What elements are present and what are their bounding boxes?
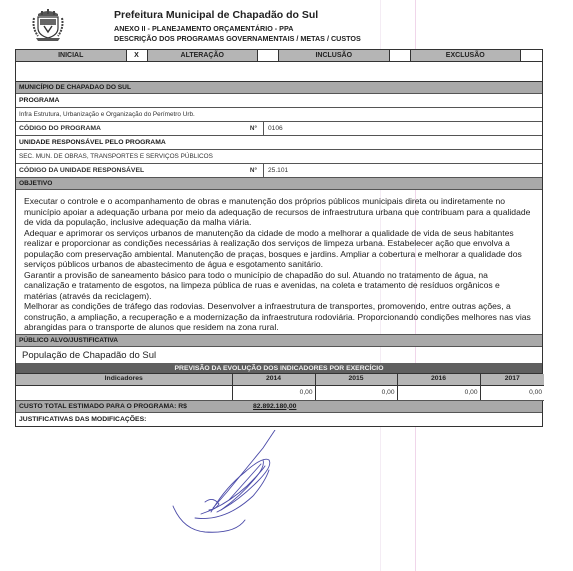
indicator-name-cell: [16, 385, 232, 400]
indicadores-header-row: Indicadores 2014 2015 2016 2017: [16, 374, 544, 385]
programa-heading: PROGRAMA: [16, 94, 542, 108]
col-header-2017: 2017: [480, 374, 544, 385]
handwritten-signature-icon: [165, 430, 305, 550]
publico-alvo-value: População de Chapadão do Sul: [16, 347, 542, 363]
header-subtitle-annex: ANEXO II - PLANEJAMENTO ORÇAMENTÁRIO - P…: [114, 24, 293, 33]
mode-exclusao-label: EXCLUSÃO: [411, 50, 521, 61]
table-row: 0,00 0,00 0,00 0,00: [16, 385, 544, 400]
mode-bar: INICIAL X ALTERAÇÃO INCLUSÃO EXCLUSÃO: [16, 50, 542, 62]
codigo-programa-n-label: N°: [216, 122, 264, 135]
codigo-programa-row: CÓDIGO DO PROGRAMA N° 0106: [16, 122, 542, 136]
custo-total-value: 82.892.180,00: [253, 401, 296, 412]
mode-inclusao-label: INCLUSÃO: [279, 50, 389, 61]
objetivo-paragraph: Melhorar as condições de tráfego das rod…: [24, 301, 532, 333]
mode-exclusao-checkbox[interactable]: [520, 50, 542, 61]
col-header-indicadores: Indicadores: [16, 374, 232, 385]
document-page: Prefeitura Municipal de Chapadão do Sul …: [0, 0, 573, 571]
blank-row: [16, 62, 542, 82]
unidade-value: SEC. MUN. DE OBRAS, TRANSPORTES E SERVIÇ…: [16, 150, 542, 164]
mode-inicial-checkbox[interactable]: X: [126, 50, 148, 61]
codigo-unidade-n-label: N°: [216, 164, 264, 177]
justificativas-label: JUSTIFICATIVAS DAS MODIFICAÇÕES:: [16, 413, 542, 426]
codigo-unidade-value: 25.101: [264, 164, 288, 177]
codigo-programa-label: CÓDIGO DO PROGRAMA: [16, 122, 216, 135]
municipal-crest-icon: [32, 8, 64, 42]
col-header-2014: 2014: [232, 374, 315, 385]
objetivo-paragraph: Adequar e aprimorar os serviços urbanos …: [24, 228, 532, 270]
codigo-programa-value: 0106: [264, 122, 283, 135]
programa-value: Infra Estrutura, Urbanização e Organizaç…: [16, 108, 542, 122]
codigo-unidade-label: CÓDIGO DA UNIDADE RESPONSÁVEL: [16, 164, 216, 177]
objetivo-text: Executar o controle e o acompanhamento d…: [16, 190, 542, 335]
mode-inicial-label: INICIAL: [16, 50, 126, 61]
mode-alteracao-label: ALTERAÇÃO: [148, 50, 258, 61]
value-cell-2014: 0,00: [232, 385, 315, 400]
custo-total-row: CUSTO TOTAL ESTIMADO PARA O PROGRAMA: R$…: [16, 401, 542, 413]
codigo-unidade-row: CÓDIGO DA UNIDADE RESPONSÁVEL N° 25.101: [16, 164, 542, 178]
unidade-heading: UNIDADE RESPONSÁVEL PELO PROGRAMA: [16, 136, 542, 150]
header-subtitle-description: DESCRIÇÃO DOS PROGRAMAS GOVERNAMENTAIS /…: [114, 34, 361, 43]
col-header-2015: 2015: [315, 374, 397, 385]
objetivo-heading: OBJETIVO: [16, 178, 542, 190]
indicadores-table: Indicadores 2014 2015 2016 2017 0,00 0,0…: [16, 374, 544, 401]
program-form: INICIAL X ALTERAÇÃO INCLUSÃO EXCLUSÃO MU…: [15, 49, 543, 427]
indicadores-heading: PREVISÃO DA EVOLUÇÃO DOS INDICADORES POR…: [16, 363, 542, 374]
value-cell-2015: 0,00: [315, 385, 397, 400]
value-cell-2017: 0,00: [480, 385, 544, 400]
mode-alteracao-checkbox[interactable]: [257, 50, 279, 61]
mode-inclusao-checkbox[interactable]: [389, 50, 411, 61]
objetivo-paragraph: Executar o controle e o acompanhamento d…: [24, 196, 532, 228]
custo-total-label: CUSTO TOTAL ESTIMADO PARA O PROGRAMA: R$: [16, 401, 253, 412]
publico-alvo-heading: PÚBLICO ALVO/JUSTIFICATIVA: [16, 335, 542, 347]
municipio-heading: MUNICÍPIO DE CHAPADAO DO SUL: [16, 82, 542, 94]
value-cell-2016: 0,00: [397, 385, 480, 400]
col-header-2016: 2016: [397, 374, 480, 385]
objetivo-paragraph: Garantir a provisão de saneamento básico…: [24, 270, 532, 302]
header-title: Prefeitura Municipal de Chapadão do Sul: [114, 9, 318, 21]
